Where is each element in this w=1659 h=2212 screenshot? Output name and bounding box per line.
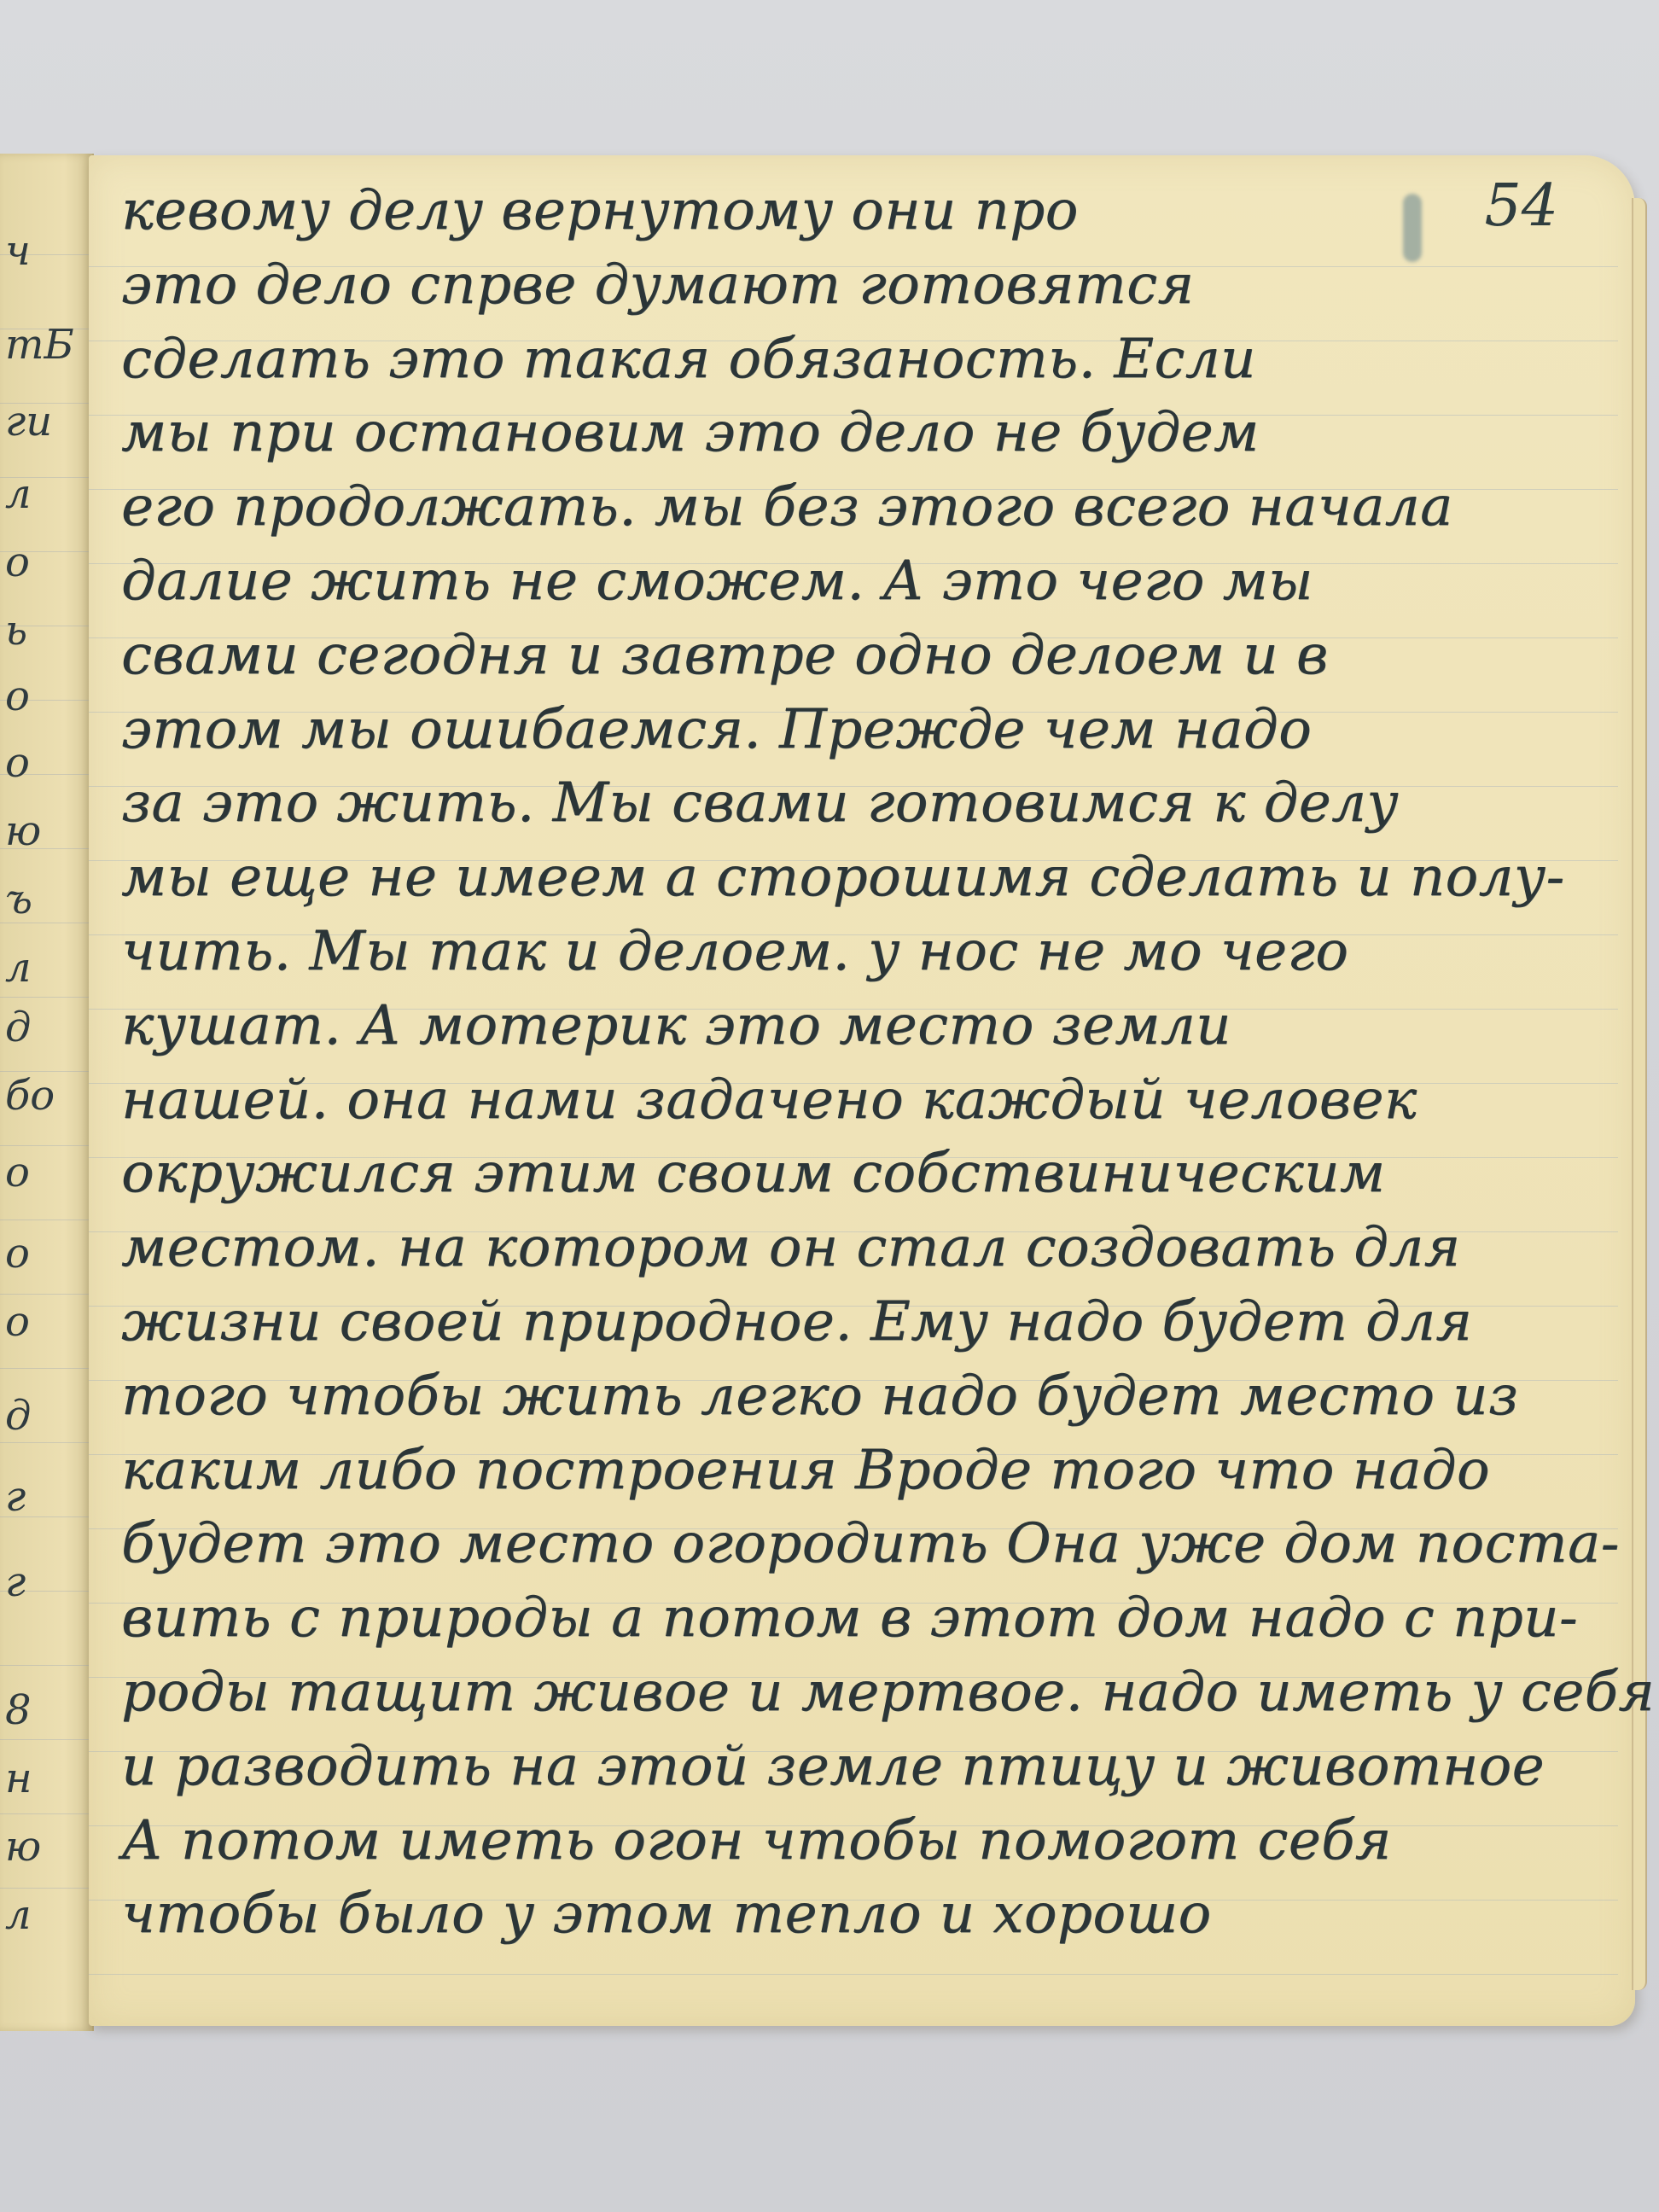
margin-fragment: о [5,1233,86,1274]
margin-fragment: ю [5,811,86,852]
text-line: и разводить на этой земле птицу и животн… [121,1730,1555,1804]
margin-fragment: ч [5,230,86,271]
text-line: А потом иметь огон чтобы помогот себя [121,1804,1555,1878]
left-page-edge: ч тБ ги л о ь о о ю ъ л д бо о о о д г г… [0,154,94,2031]
margin-fragment: л [5,947,86,988]
margin-fragment: л [5,1895,86,1935]
ruled-line [0,1368,92,1369]
ruled-line [0,1813,92,1814]
margin-fragment: ь [5,610,86,651]
margin-fragment: н [5,1758,86,1799]
ruled-line [0,923,92,923]
text-line: сделать это такая обязаность. Если [121,323,1555,397]
margin-fragment: д [5,1395,86,1436]
margin-fragment: ъ [5,879,86,920]
ruled-line [0,997,92,998]
text-line: его продолжать. мы без этого всего начал… [121,470,1555,544]
text-line: чить. Мы так и делоем. у нос не мо чего [121,915,1555,989]
text-line: кевому делу вернутому они про [121,174,1555,248]
text-line: того чтобы жить легко надо будет место и… [121,1359,1555,1434]
margin-fragment: 8 [5,1690,86,1731]
ruled-line [0,1739,92,1740]
ruled-line [0,1145,92,1146]
text-line: этом мы ошибаемся. Прежде чем надо [121,693,1555,767]
margin-fragment: г [5,1562,86,1603]
margin-fragment: о [5,1301,86,1342]
text-line: жизни своей природное. Ему надо будет дл… [121,1285,1555,1359]
margin-fragment: д [5,1007,86,1048]
handwritten-text: кевому делу вернутому они про это дело с… [121,174,1555,1952]
ruled-line [0,1665,92,1666]
margin-fragment: ги [5,401,86,442]
notebook-page: 54 кевому делу вернутому они про это дел… [89,155,1635,2026]
margin-fragment: бо [5,1075,86,1116]
margin-fragment: ю [5,1826,86,1867]
ruled-line [0,1888,92,1889]
margin-fragment: о [5,742,86,783]
ruled-line [0,1294,92,1295]
ruled-line [89,1974,1618,1975]
text-line: местом. на котором он стал создовать для [121,1211,1555,1285]
text-line: кушат. А мотерик это место земли [121,989,1555,1063]
text-line: роды тащит живое и мертвое. надо иметь у… [121,1656,1555,1730]
text-line: мы при остановим это дело не будем [121,396,1555,470]
margin-fragment: л [5,474,86,515]
text-line: будет это место огородить Она уже дом по… [121,1507,1555,1581]
ruled-line [0,1442,92,1443]
margin-fragment: тБ [5,324,86,365]
text-line: это дело спрве думают готовятся [121,248,1555,323]
text-line: за это жить. Мы свами готовимся к делу [121,766,1555,841]
margin-fragment: о [5,1152,86,1193]
text-line: окружился этим своим собствиническим [121,1137,1555,1211]
text-line: нашей. она нами задачено каждый человек [121,1063,1555,1138]
text-line: чтобы было у этом тепло и хорошо [121,1877,1555,1952]
margin-fragment: о [5,542,86,583]
text-line: вить с природы а потом в этот дом надо с… [121,1581,1555,1656]
text-line: далие жить не сможем. А это чего мы [121,544,1555,619]
text-line: каким либо построения Вроде того что над… [121,1434,1555,1508]
text-line: свами сегодня и завтре одно делоем и в [121,619,1555,693]
ruled-line [0,1220,92,1220]
ruled-line [0,1071,92,1072]
margin-fragment: о [5,676,86,717]
text-line: мы еще не имеем а сторошимя сделать и по… [121,841,1555,915]
margin-fragment: г [5,1476,86,1517]
